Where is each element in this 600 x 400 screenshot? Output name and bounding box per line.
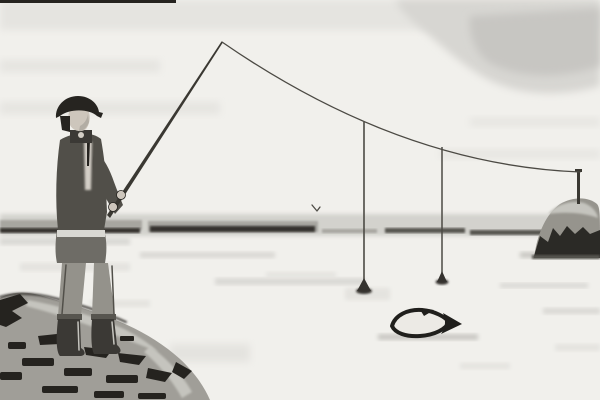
water-streak xyxy=(460,363,510,369)
cloud-streak xyxy=(440,150,600,158)
water-streak xyxy=(500,283,588,288)
chin-highlight xyxy=(78,132,84,138)
rock-mark xyxy=(22,358,54,366)
rock-mark xyxy=(8,342,26,349)
water-streak xyxy=(140,252,275,258)
rock-mark xyxy=(120,336,134,341)
islet-waterline xyxy=(532,255,600,259)
water-wash xyxy=(170,344,250,362)
illustration-canvas xyxy=(0,0,600,400)
sky-streak xyxy=(0,102,220,114)
belt xyxy=(57,230,105,237)
rock-mark xyxy=(42,386,78,393)
water-streak xyxy=(555,344,600,351)
rock-mark xyxy=(94,391,124,398)
water-streak xyxy=(215,278,365,285)
rock-mark xyxy=(138,393,166,399)
rock-mark xyxy=(106,375,138,383)
fish-body xyxy=(392,310,449,336)
dropper-2-splash xyxy=(436,279,449,284)
fishing-scene-illustration xyxy=(0,0,600,400)
hand-lower xyxy=(109,203,118,212)
shoreline-dash xyxy=(322,229,377,233)
shoreline-dark-segment xyxy=(150,226,315,232)
anchor-post xyxy=(577,170,580,204)
rock-mark xyxy=(0,372,22,380)
rock-mark xyxy=(64,368,92,376)
shoreline-dash xyxy=(470,230,545,235)
top-edge-mark xyxy=(0,0,176,3)
sky-streak xyxy=(0,60,160,72)
cloud-streak xyxy=(470,118,600,126)
shoreline-dash xyxy=(385,228,465,233)
water-streak xyxy=(266,272,336,278)
water-streak xyxy=(543,308,600,314)
hand-upper xyxy=(117,191,126,200)
dropper-1-splash xyxy=(356,288,372,294)
